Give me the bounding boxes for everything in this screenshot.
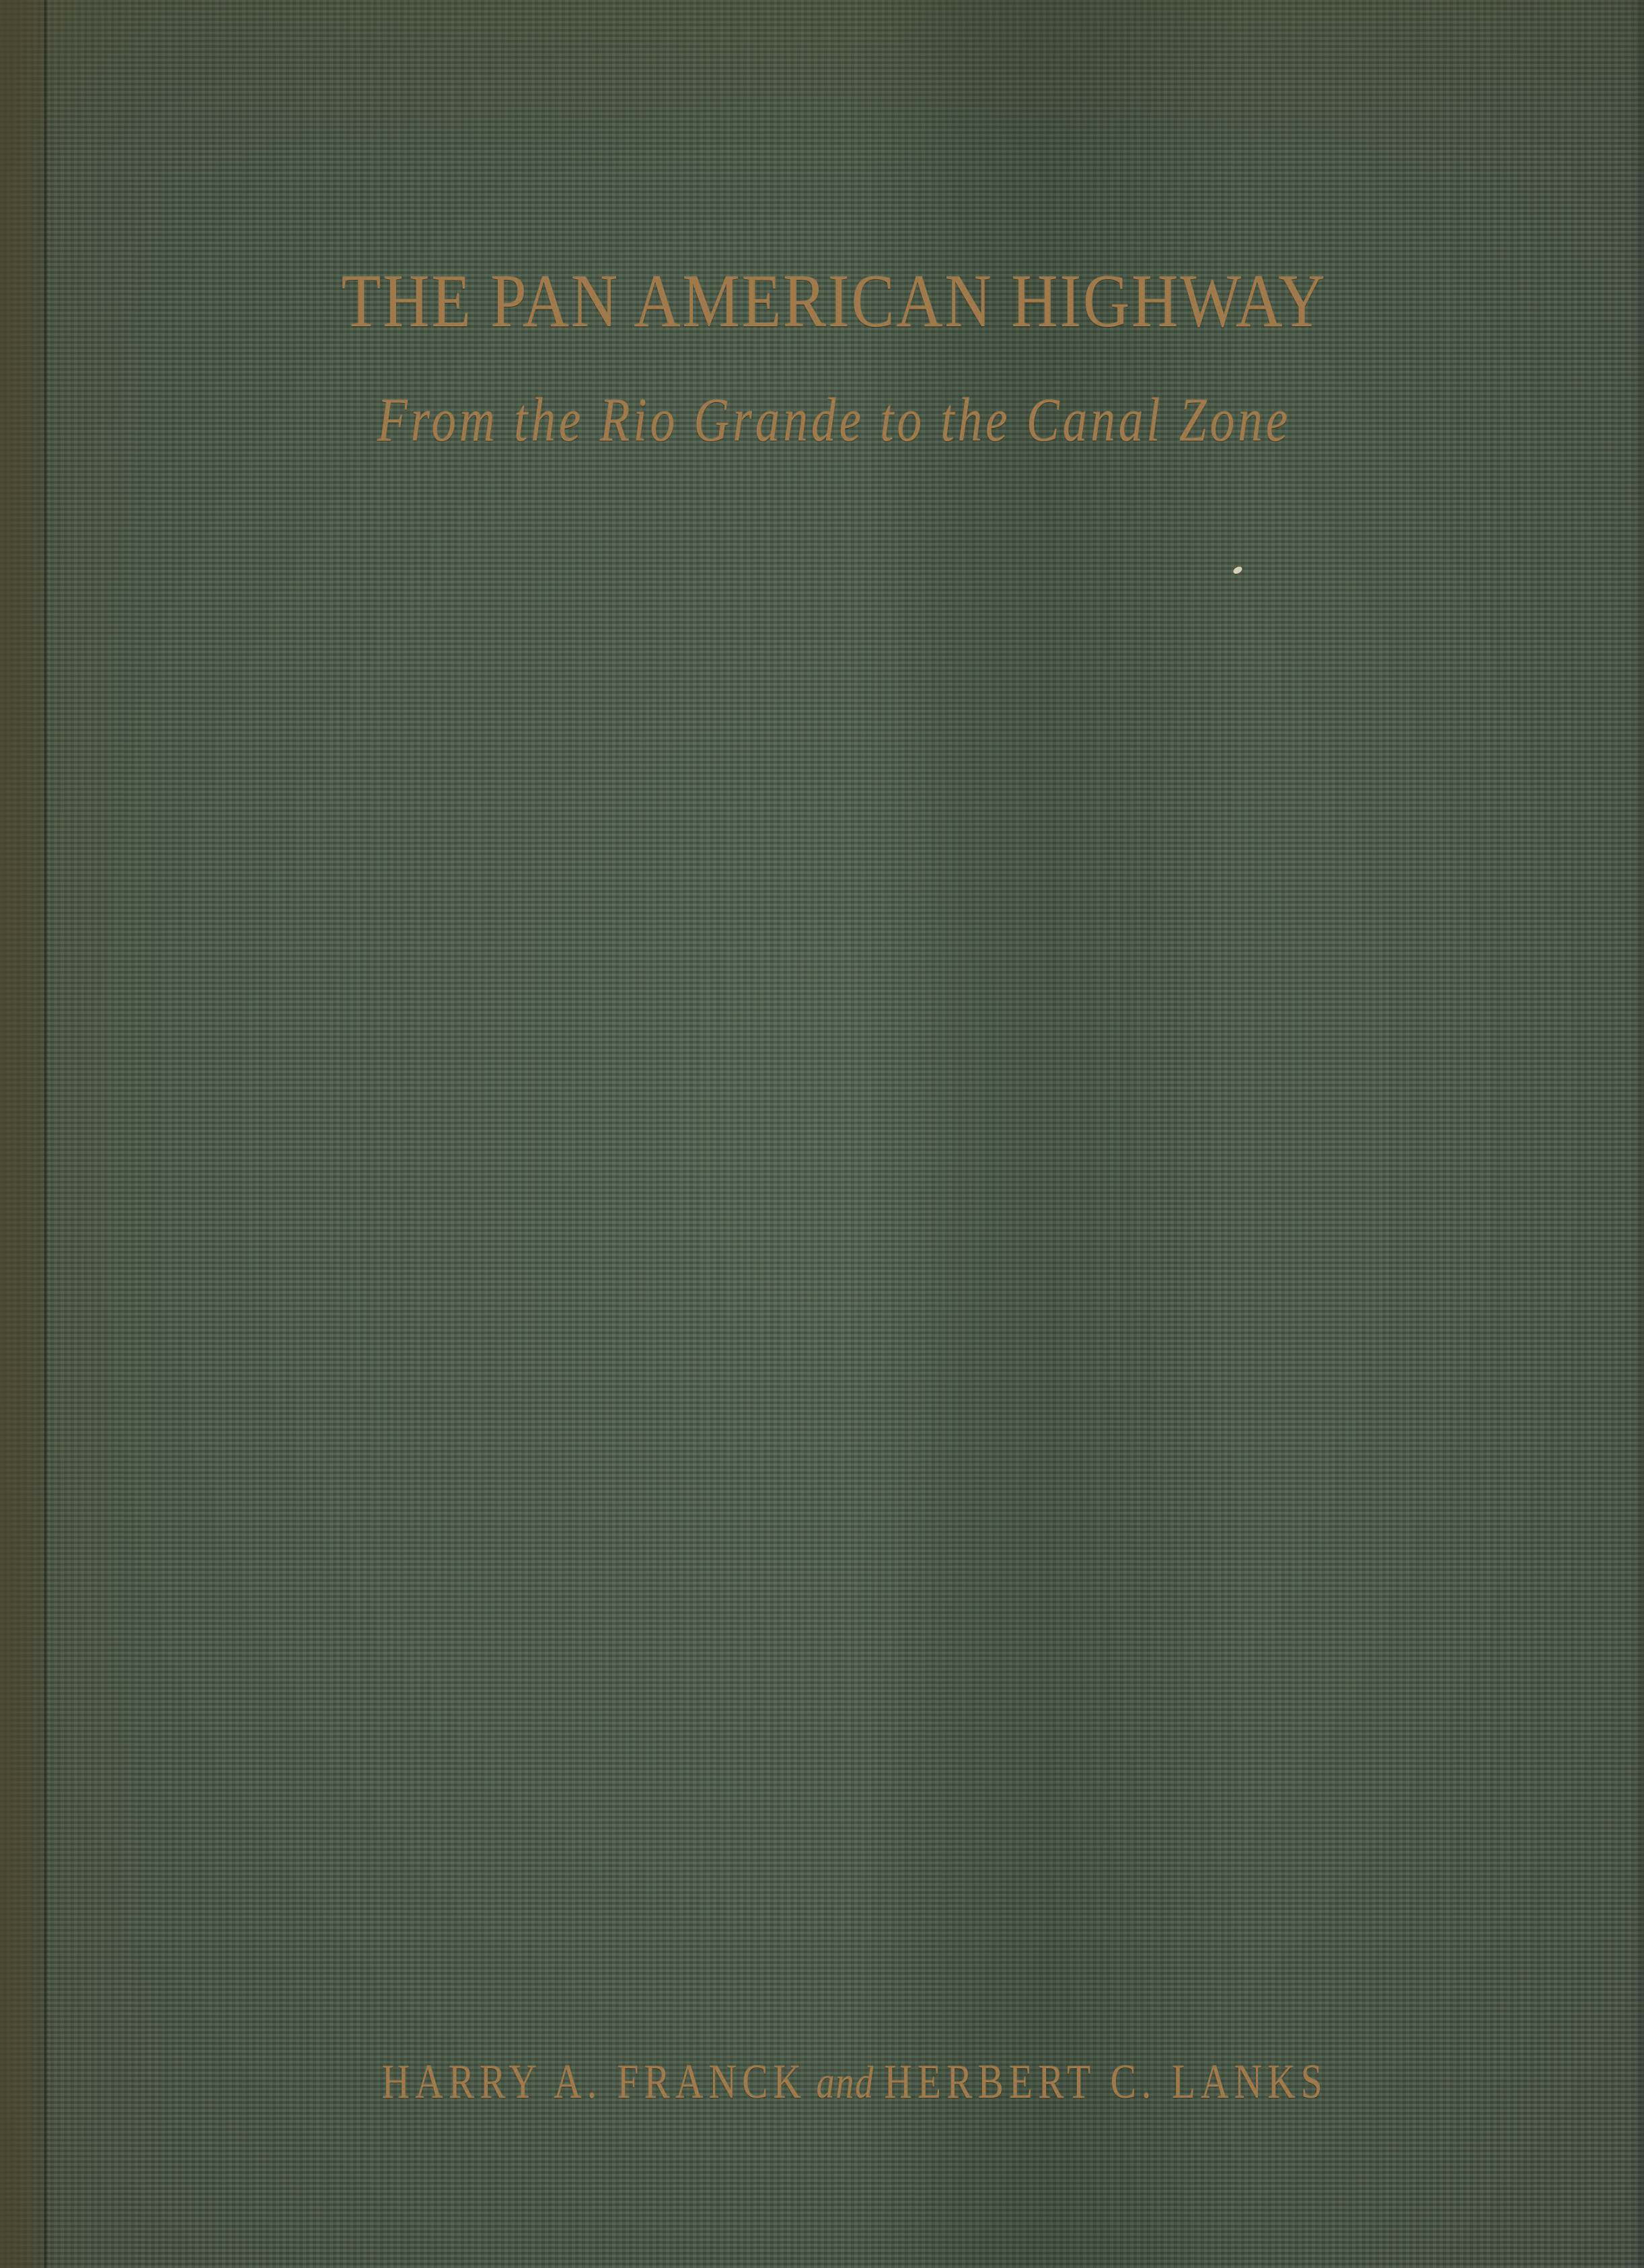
book-subtitle: From the Rio Grande to the Canal Zone xyxy=(358,389,1310,451)
book-title: THE PAN AMERICAN HIGHWAY xyxy=(291,264,1378,339)
fore-edge-shadow xyxy=(1635,0,1644,2268)
cloth-fleck xyxy=(1232,565,1244,575)
author-second: HERBERT C. LANKS xyxy=(884,2055,1328,2109)
spine-edge xyxy=(0,0,46,2268)
book-cover: THE PAN AMERICAN HIGHWAY From the Rio Gr… xyxy=(0,0,1644,2268)
author-first: HARRY A. FRANCK xyxy=(382,2055,807,2109)
author-line: HARRY A. FRANCKandHERBERT C. LANKS xyxy=(382,2057,1310,2106)
author-conjunction: and xyxy=(817,2057,874,2108)
hinge-groove xyxy=(44,0,48,2268)
